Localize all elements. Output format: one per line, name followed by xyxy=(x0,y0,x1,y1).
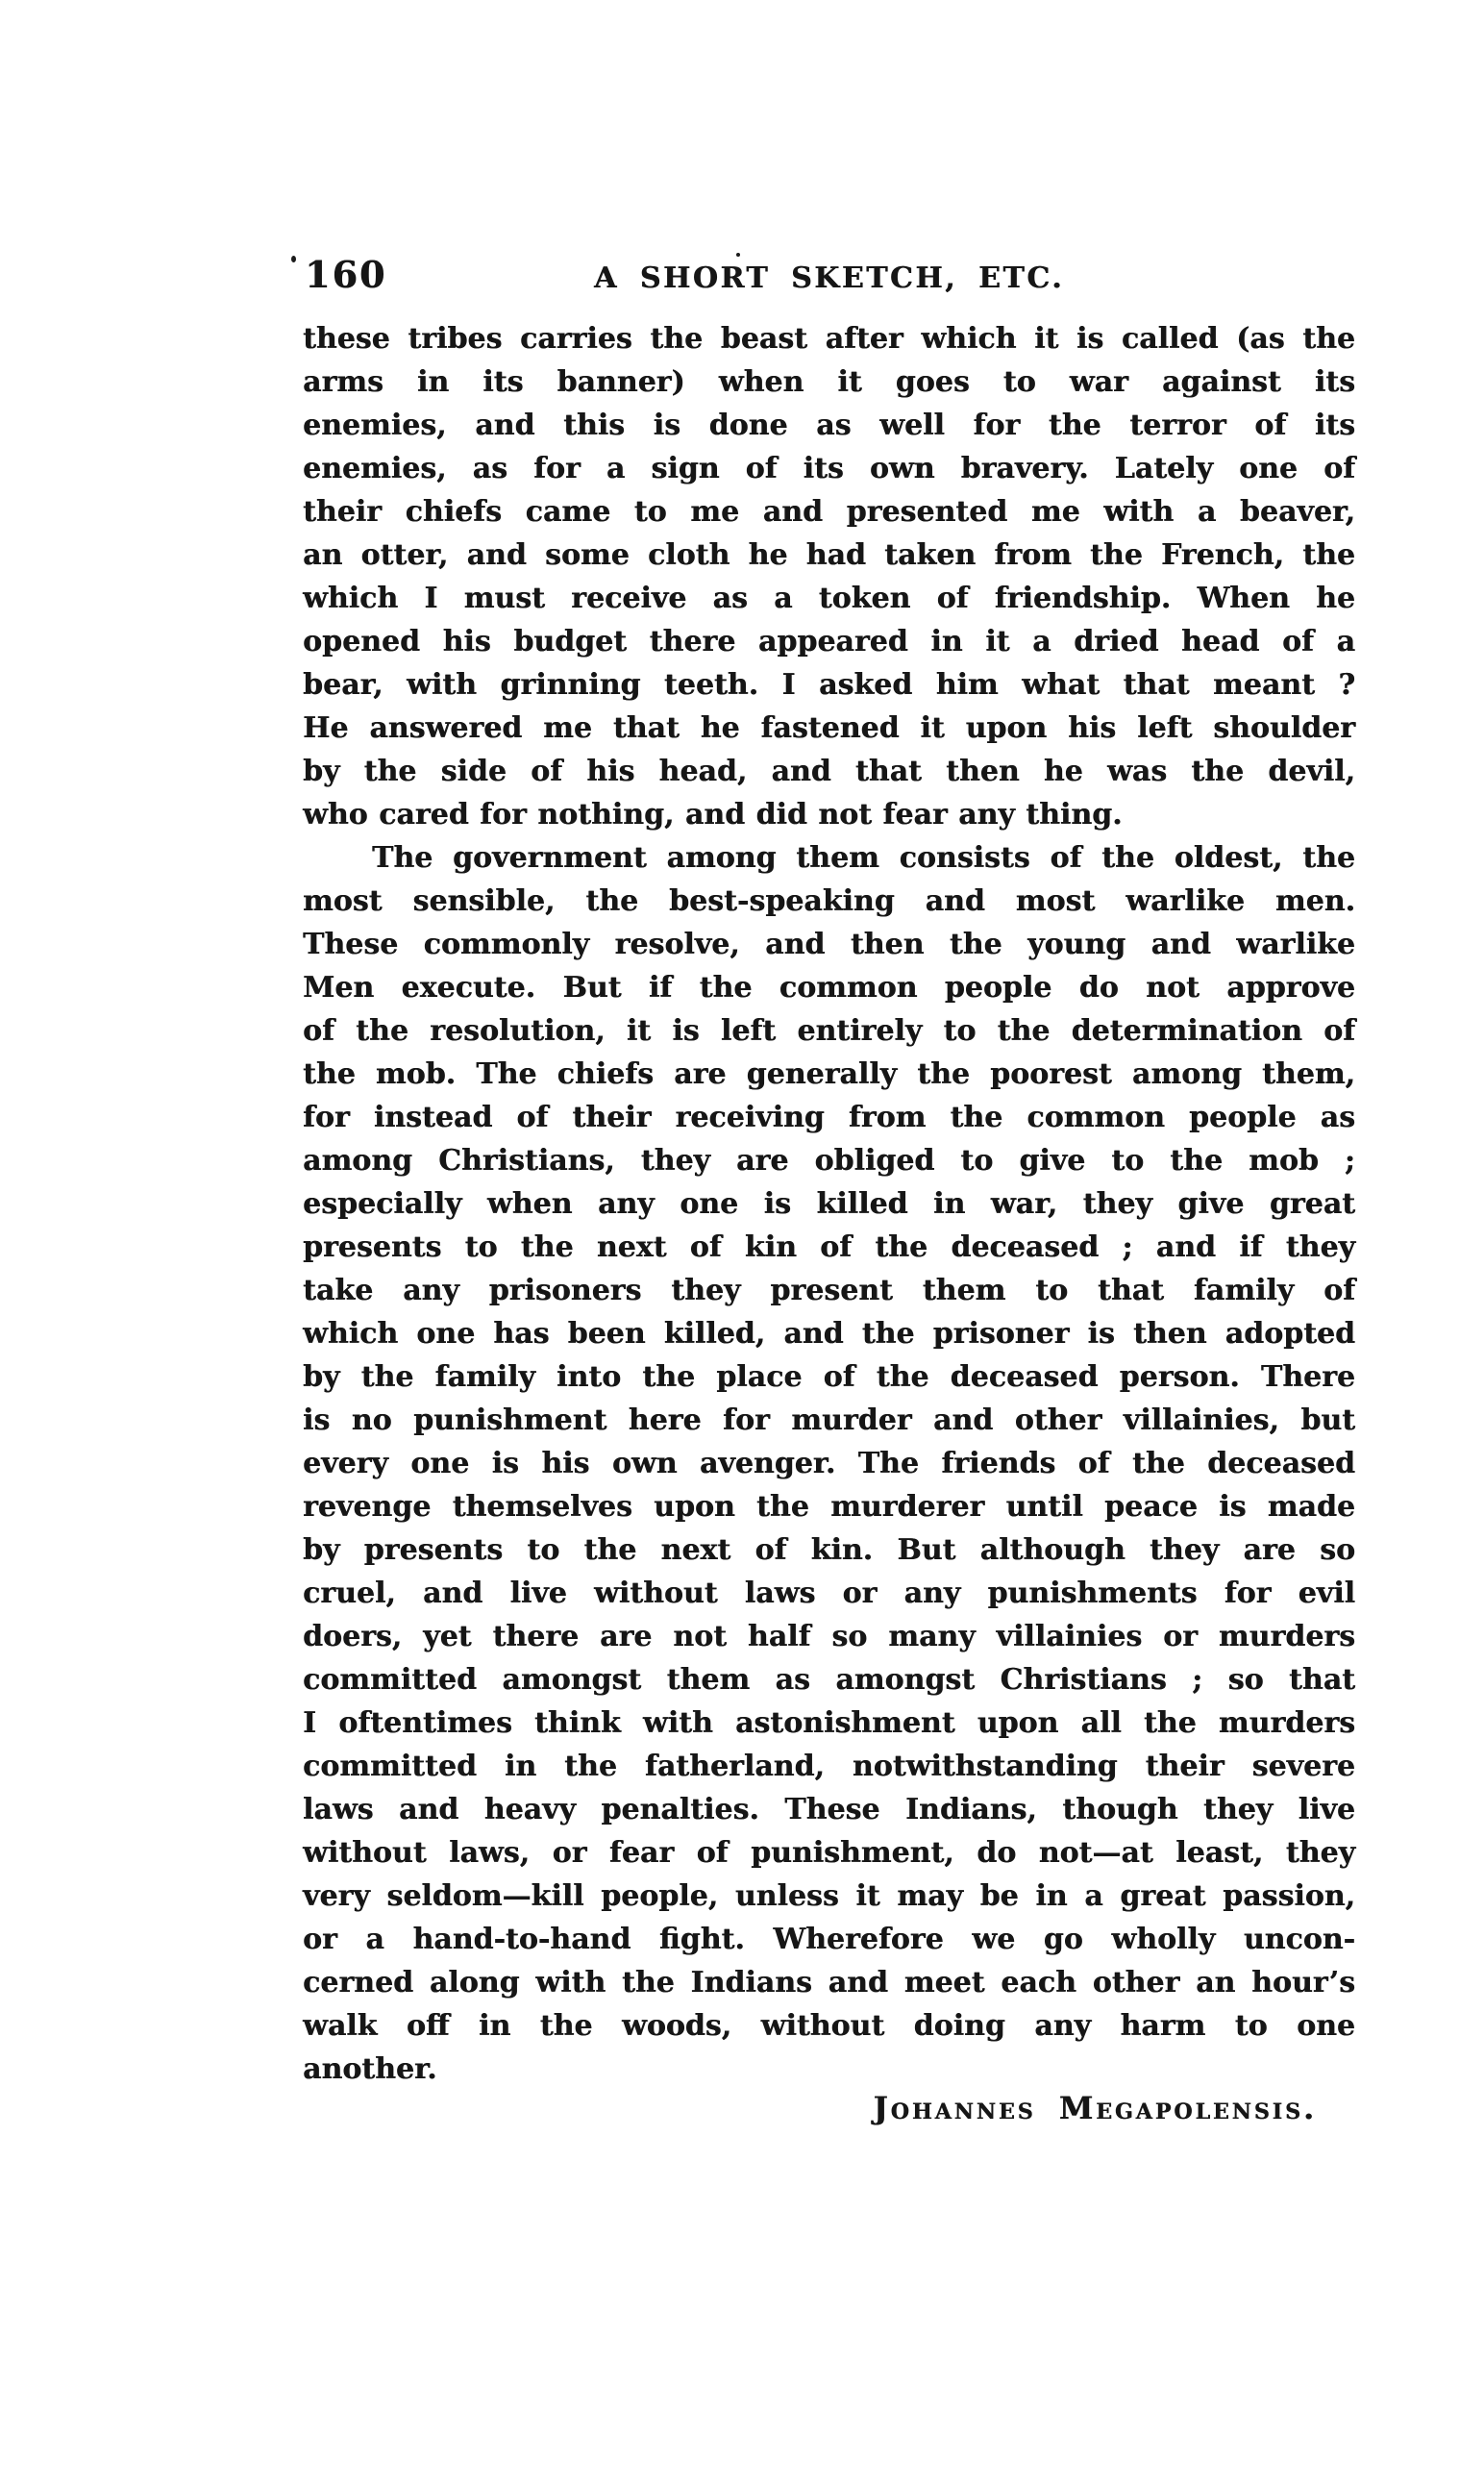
text-line: enemies, as for a sign of its own braver… xyxy=(303,447,1355,490)
text-line: committed amongst them as amongst Christ… xyxy=(303,1658,1355,1702)
text-line: bear, with grinning teeth. I asked him w… xyxy=(303,663,1355,707)
text-line: take any prisoners they present them to … xyxy=(303,1269,1355,1312)
text-line: by the side of his head, and that then h… xyxy=(303,750,1355,793)
paragraph: these tribes carries the beast after whi… xyxy=(303,317,1355,836)
text-line: an otter, and some cloth he had taken fr… xyxy=(303,534,1355,577)
text-line: presents to the next of kin of the decea… xyxy=(303,1226,1355,1269)
text-line: another. xyxy=(303,2048,1355,2091)
text-line: among Christians, they are obliged to gi… xyxy=(303,1139,1355,1182)
text-block: these tribes carries the beast after whi… xyxy=(303,317,1355,2091)
text-line: who cared for nothing, and did not fear … xyxy=(303,793,1355,836)
text-line: He answered me that he fastened it upon … xyxy=(303,707,1355,750)
text-line: for instead of their receiving from the … xyxy=(303,1096,1355,1139)
text-line: laws and heavy penalties. These Indians,… xyxy=(303,1788,1355,1831)
text-line: these tribes carries the beast after whi… xyxy=(303,317,1355,360)
text-line: every one is his own avenger. The friend… xyxy=(303,1442,1355,1485)
text-line: opened his budget there appeared in it a… xyxy=(303,620,1355,663)
text-line: their chiefs came to me and presented me… xyxy=(303,490,1355,534)
text-line: especially when any one is killed in war… xyxy=(303,1182,1355,1226)
book-page: 160 A SHORT SKETCH, ETC. these tribes ca… xyxy=(0,0,1484,2484)
page-number: 160 xyxy=(305,256,386,294)
text-line: cerned along with the Indians and meet e… xyxy=(303,1961,1355,2004)
text-line: by the family into the place of the dece… xyxy=(303,1355,1355,1399)
text-line: of the resolution, it is left entirely t… xyxy=(303,1009,1355,1053)
text-line: by presents to the next of kin. But alth… xyxy=(303,1528,1355,1572)
text-line: which I must receive as a token of frien… xyxy=(303,577,1355,620)
text-line: the mob. The chiefs are generally the po… xyxy=(303,1053,1355,1096)
page-header: 160 A SHORT SKETCH, ETC. xyxy=(303,256,1355,302)
ink-speck xyxy=(291,256,296,262)
text-line: doers, yet there are not half so many vi… xyxy=(303,1615,1355,1658)
text-line: These commonly resolve, and then the you… xyxy=(303,923,1355,966)
text-line: is no punishment here for murder and oth… xyxy=(303,1399,1355,1442)
text-line: without laws, or fear of punishment, do … xyxy=(303,1831,1355,1875)
author-signature: Johannes Megapolensis. xyxy=(303,2086,1355,2130)
text-line: walk off in the woods, without doing any… xyxy=(303,2004,1355,2048)
text-line: I oftentimes think with astonishment upo… xyxy=(303,1702,1355,1745)
paragraph: The government among them consists of th… xyxy=(303,836,1355,2091)
text-line: or a hand-to-hand fight. Wherefore we go… xyxy=(303,1918,1355,1961)
text-line: revenge themselves upon the murderer unt… xyxy=(303,1485,1355,1528)
text-line: very seldom—kill people, unless it may b… xyxy=(303,1875,1355,1918)
text-line: most sensible, the best-speaking and mos… xyxy=(303,880,1355,923)
text-line: enemies, and this is done as well for th… xyxy=(303,404,1355,447)
text-line: cruel, and live without laws or any puni… xyxy=(303,1572,1355,1615)
text-line: Men execute. But if the common people do… xyxy=(303,966,1355,1009)
text-line: which one has been killed, and the priso… xyxy=(303,1312,1355,1355)
text-line: The government among them consists of th… xyxy=(303,836,1355,880)
running-title: A SHORT SKETCH, ETC. xyxy=(303,256,1355,299)
text-line: arms in its banner) when it goes to war … xyxy=(303,360,1355,404)
text-line: committed in the fatherland, notwithstan… xyxy=(303,1745,1355,1788)
